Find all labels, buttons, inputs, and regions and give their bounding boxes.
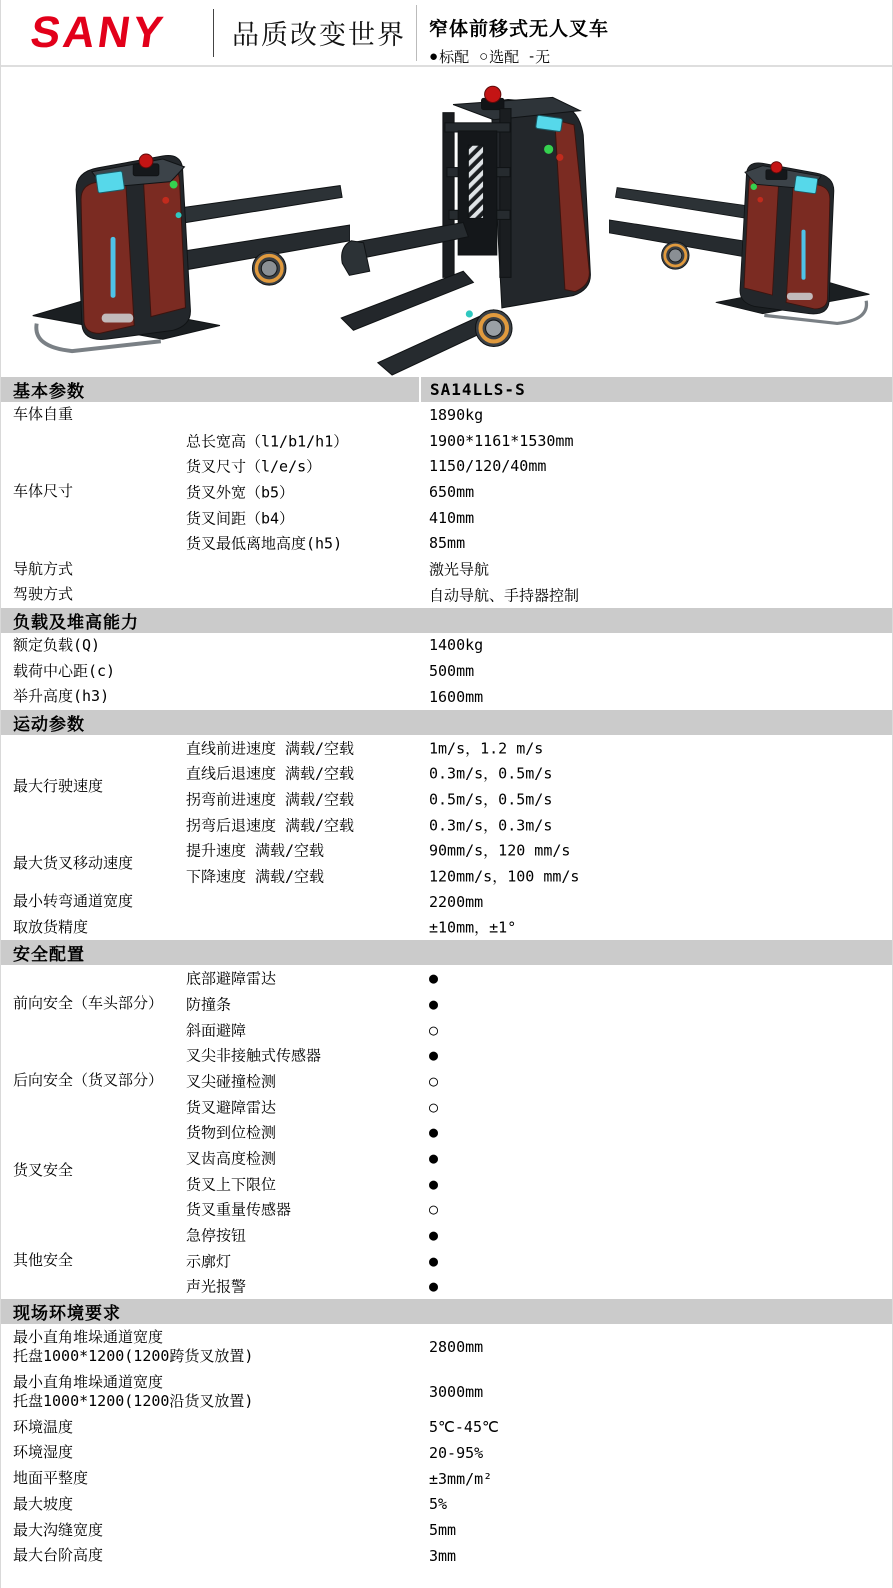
section-title: 基本参数 [1,377,85,402]
param-sub-label: 叉尖碰撞检测 [186,1070,276,1091]
param-group-label: 最大台阶高度 [13,1543,183,1569]
param-value: 1900*1161*1530mm [429,432,574,450]
legend-label: 选配 [489,46,519,67]
sany-logo: SANY [28,11,214,55]
param-value: 85mm [429,534,465,552]
param-group-label-line1: 最大沟缝宽度 [13,1521,183,1540]
param-value: 3mm [429,1547,456,1565]
spec-sheet-page: SANY 品质改变世界 窄体前移式无人叉车 ●标配○选配-无 [0,0,893,1588]
availability-marker: ○ [429,1098,438,1116]
legend: ●标配○选配-无 [429,46,609,67]
spec-table: 基本参数SA14LLS-S1890kg总长宽高（l1/b1/h1）1900*11… [1,377,892,1569]
param-sub-label: 提升速度 满载/空载 [186,840,324,861]
param-group-label-line1: 载荷中心距(c) [13,662,183,681]
availability-marker: ○ [429,1021,438,1039]
param-group-label-line1: 最小直角堆垛通道宽度 [13,1373,183,1392]
param-value: 5% [429,1495,447,1513]
param-value: 650mm [429,483,474,501]
param-sub-label: 货物到位检测 [186,1122,276,1143]
param-group-label: 最大坡度 [13,1491,183,1517]
legend-label: 标配 [439,46,469,67]
param-value: 激光导航 [429,558,489,579]
param-group-label: 最小直角堆垛通道宽度托盘1000*1200(1200沿货叉放置) [13,1369,183,1414]
header-divider-2 [416,5,417,61]
param-group-label-line1: 地面平整度 [13,1469,183,1488]
param-sub-label: 叉尖非接触式传感器 [186,1045,321,1066]
availability-marker: ● [429,995,438,1013]
param-value: 1400kg [429,636,483,654]
param-value: 20-95% [429,1444,483,1462]
legend-marker-icon: ● [429,48,438,65]
param-sub-label: 急停按钮 [186,1225,246,1246]
param-sub-label: 货叉间距（b4） [186,507,294,528]
param-group-label-line1: 后向安全（货叉部分） [13,1071,183,1090]
param-sub-label: 叉齿高度检测 [186,1147,276,1168]
param-group-label: 前向安全（车头部分） [13,965,183,1042]
param-group-label: 最小直角堆垛通道宽度托盘1000*1200(1200跨货叉放置) [13,1324,183,1369]
legend-label: 无 [535,46,550,67]
forklift-front-mast-image [339,72,619,377]
section-header-3: 安全配置 [1,940,892,965]
param-group-label: 货叉安全 [13,1119,183,1222]
param-group-label: 驾驶方式 [13,582,183,608]
section-header-cell: 基本参数 [1,377,419,402]
param-value: 5mm [429,1521,456,1539]
header: SANY 品质改变世界 窄体前移式无人叉车 ●标配○选配-无 [1,0,892,67]
availability-marker: ○ [429,1200,438,1218]
bottom-spacer [1,1569,892,1588]
legend-marker-icon: ○ [479,48,488,65]
param-group-label-line1: 驾驶方式 [13,585,183,604]
param-value: 500mm [429,662,474,680]
param-group-label: 最大沟缝宽度 [13,1517,183,1543]
param-group-label: 环境湿度 [13,1440,183,1466]
section-body-4: 2800mm3000mm5℃-45℃20-95%±3mm/m²5%5mm3mm最… [1,1324,892,1568]
availability-marker: ● [429,1149,438,1167]
param-group-label: 后向安全（货叉部分） [13,1042,183,1119]
param-group-label-line2: 托盘1000*1200(1200沿货叉放置) [13,1392,183,1411]
availability-marker: ● [429,1046,438,1064]
param-group-label: 最大行驶速度 [13,735,183,838]
availability-marker: ● [429,1226,438,1244]
param-value: 0.3m/s，0.5m/s [429,763,552,784]
availability-marker: ● [429,1277,438,1295]
param-group-label-line1: 最大坡度 [13,1495,183,1514]
param-value: 120mm/s，100 mm/s [429,865,579,886]
section-title: 运动参数 [1,710,85,735]
param-value: 1m/s，1.2 m/s [429,737,543,758]
param-group-label: 取放货精度 [13,915,183,941]
param-sub-label: 直线前进速度 满载/空载 [186,737,354,758]
param-group-label-line1: 额定负载(Q) [13,636,183,655]
param-value: 1890kg [429,406,483,424]
availability-marker: ● [429,1175,438,1193]
param-group-label: 环境温度 [13,1414,183,1440]
param-group-label-line1: 最大台阶高度 [13,1546,183,1565]
param-group-label-line1: 货叉安全 [13,1161,183,1180]
param-group-label-line1: 举升高度(h3) [13,687,183,706]
param-sub-label: 货叉尺寸（l/e/s） [186,456,321,477]
param-group-label: 额定负载(Q) [13,633,183,659]
param-group-label: 地面平整度 [13,1466,183,1492]
legend-item-1: ○选配 [479,46,519,67]
param-sub-label: 拐弯后退速度 满载/空载 [186,814,354,835]
param-group-label-line1: 最大行驶速度 [13,777,183,796]
product-images-strip [1,67,892,377]
param-sub-label: 货叉重量传感器 [186,1199,291,1220]
param-group-label: 车体尺寸 [13,428,183,557]
param-sub-label: 货叉外宽（b5） [186,481,294,502]
section-header-4: 现场环境要求 [1,1299,892,1324]
param-group-label-line1: 车体尺寸 [13,482,183,501]
param-group-label-line1: 环境湿度 [13,1443,183,1462]
param-group-label: 举升高度(h3) [13,684,183,710]
param-value: 0.5m/s，0.5m/s [429,788,552,809]
param-value: 1150/120/40mm [429,457,546,475]
param-group-label-line1: 最小直角堆垛通道宽度 [13,1328,183,1347]
model-name: SA14LLS-S [421,380,526,399]
forklift-iso-left-image [15,87,350,362]
param-value: 自动导航、手持器控制 [429,584,579,605]
param-sub-label: 底部避障雷达 [186,968,276,989]
param-value: 5℃-45℃ [429,1418,499,1436]
product-title-block: 窄体前移式无人叉车 ●标配○选配-无 [429,14,609,67]
param-group-label-line1: 导航方式 [13,560,183,579]
availability-marker: ● [429,1252,438,1270]
param-sub-label: 货叉避障雷达 [186,1096,276,1117]
param-value: ±3mm/m² [429,1470,492,1488]
param-sub-label: 拐弯前进速度 满载/空载 [186,788,354,809]
section-header-1: 负载及堆高能力 [1,608,892,633]
param-group-label-line1: 最小转弯通道宽度 [13,892,183,911]
param-group-label-line1: 其他安全 [13,1251,183,1270]
param-value: 2800mm [429,1338,483,1356]
availability-marker: ● [429,969,438,987]
param-group-label-line1: 前向安全（车头部分） [13,994,183,1013]
legend-marker-icon: - [529,48,534,65]
param-value: 90mm/s，120 mm/s [429,840,570,861]
param-group-label: 最大货叉移动速度 [13,837,183,888]
param-sub-label: 斜面避障 [186,1019,246,1040]
param-sub-label: 货叉上下限位 [186,1173,276,1194]
param-group-label: 导航方式 [13,556,183,582]
legend-item-0: ●标配 [429,46,469,67]
legend-item-2: -无 [529,46,550,67]
param-value: 410mm [429,509,474,527]
param-group-label: 车体自重 [13,402,183,428]
param-group-label-line1: 车体自重 [13,405,183,424]
param-value: 2200mm [429,893,483,911]
param-sub-label: 总长宽高（l1/b1/h1） [186,430,348,451]
param-value: ±10mm，±1° [429,917,516,938]
param-value: 1600mm [429,688,483,706]
section-header-0: 基本参数SA14LLS-S [1,377,892,402]
availability-marker: ● [429,1123,438,1141]
brand-slogan: 品质改变世界 [232,13,406,52]
param-sub-label: 直线后退速度 满载/空载 [186,763,354,784]
param-group-label-line1: 环境温度 [13,1418,183,1437]
section-body-1: 1400kg500mm1600mm额定负载(Q)载荷中心距(c)举升高度(h3) [1,633,892,710]
section-body-2: 直线前进速度 满载/空载1m/s，1.2 m/s直线后退速度 满载/空载0.3m… [1,735,892,941]
param-group-label: 其他安全 [13,1222,183,1299]
section-body-0: 1890kg总长宽高（l1/b1/h1）1900*1161*1530mm货叉尺寸… [1,402,892,608]
section-header-2: 运动参数 [1,710,892,735]
param-sub-label: 货叉最低离地高度(h5) [186,533,342,554]
availability-marker: ○ [429,1072,438,1090]
param-sub-label: 下降速度 满载/空载 [186,865,324,886]
forklift-iso-right-image [609,92,884,347]
param-group-label-line1: 最大货叉移动速度 [13,854,183,873]
param-value: 3000mm [429,1383,483,1401]
page-title: 窄体前移式无人叉车 [429,14,609,41]
section-title: 现场环境要求 [1,1299,121,1324]
param-group-label-line1: 取放货精度 [13,918,183,937]
param-sub-label: 防撞条 [186,993,231,1014]
param-group-label: 载荷中心距(c) [13,658,183,684]
param-sub-label: 示廓灯 [186,1250,231,1271]
param-group-label: 最小转弯通道宽度 [13,889,183,915]
section-body-3: 底部避障雷达●防撞条●斜面避障○叉尖非接触式传感器●叉尖碰撞检测○货叉避障雷达○… [1,965,892,1299]
param-value: 0.3m/s，0.3m/s [429,814,552,835]
section-title: 负载及堆高能力 [1,608,139,633]
param-sub-label: 声光报警 [186,1276,246,1297]
param-group-label-line2: 托盘1000*1200(1200跨货叉放置) [13,1347,183,1366]
section-title: 安全配置 [1,940,85,965]
